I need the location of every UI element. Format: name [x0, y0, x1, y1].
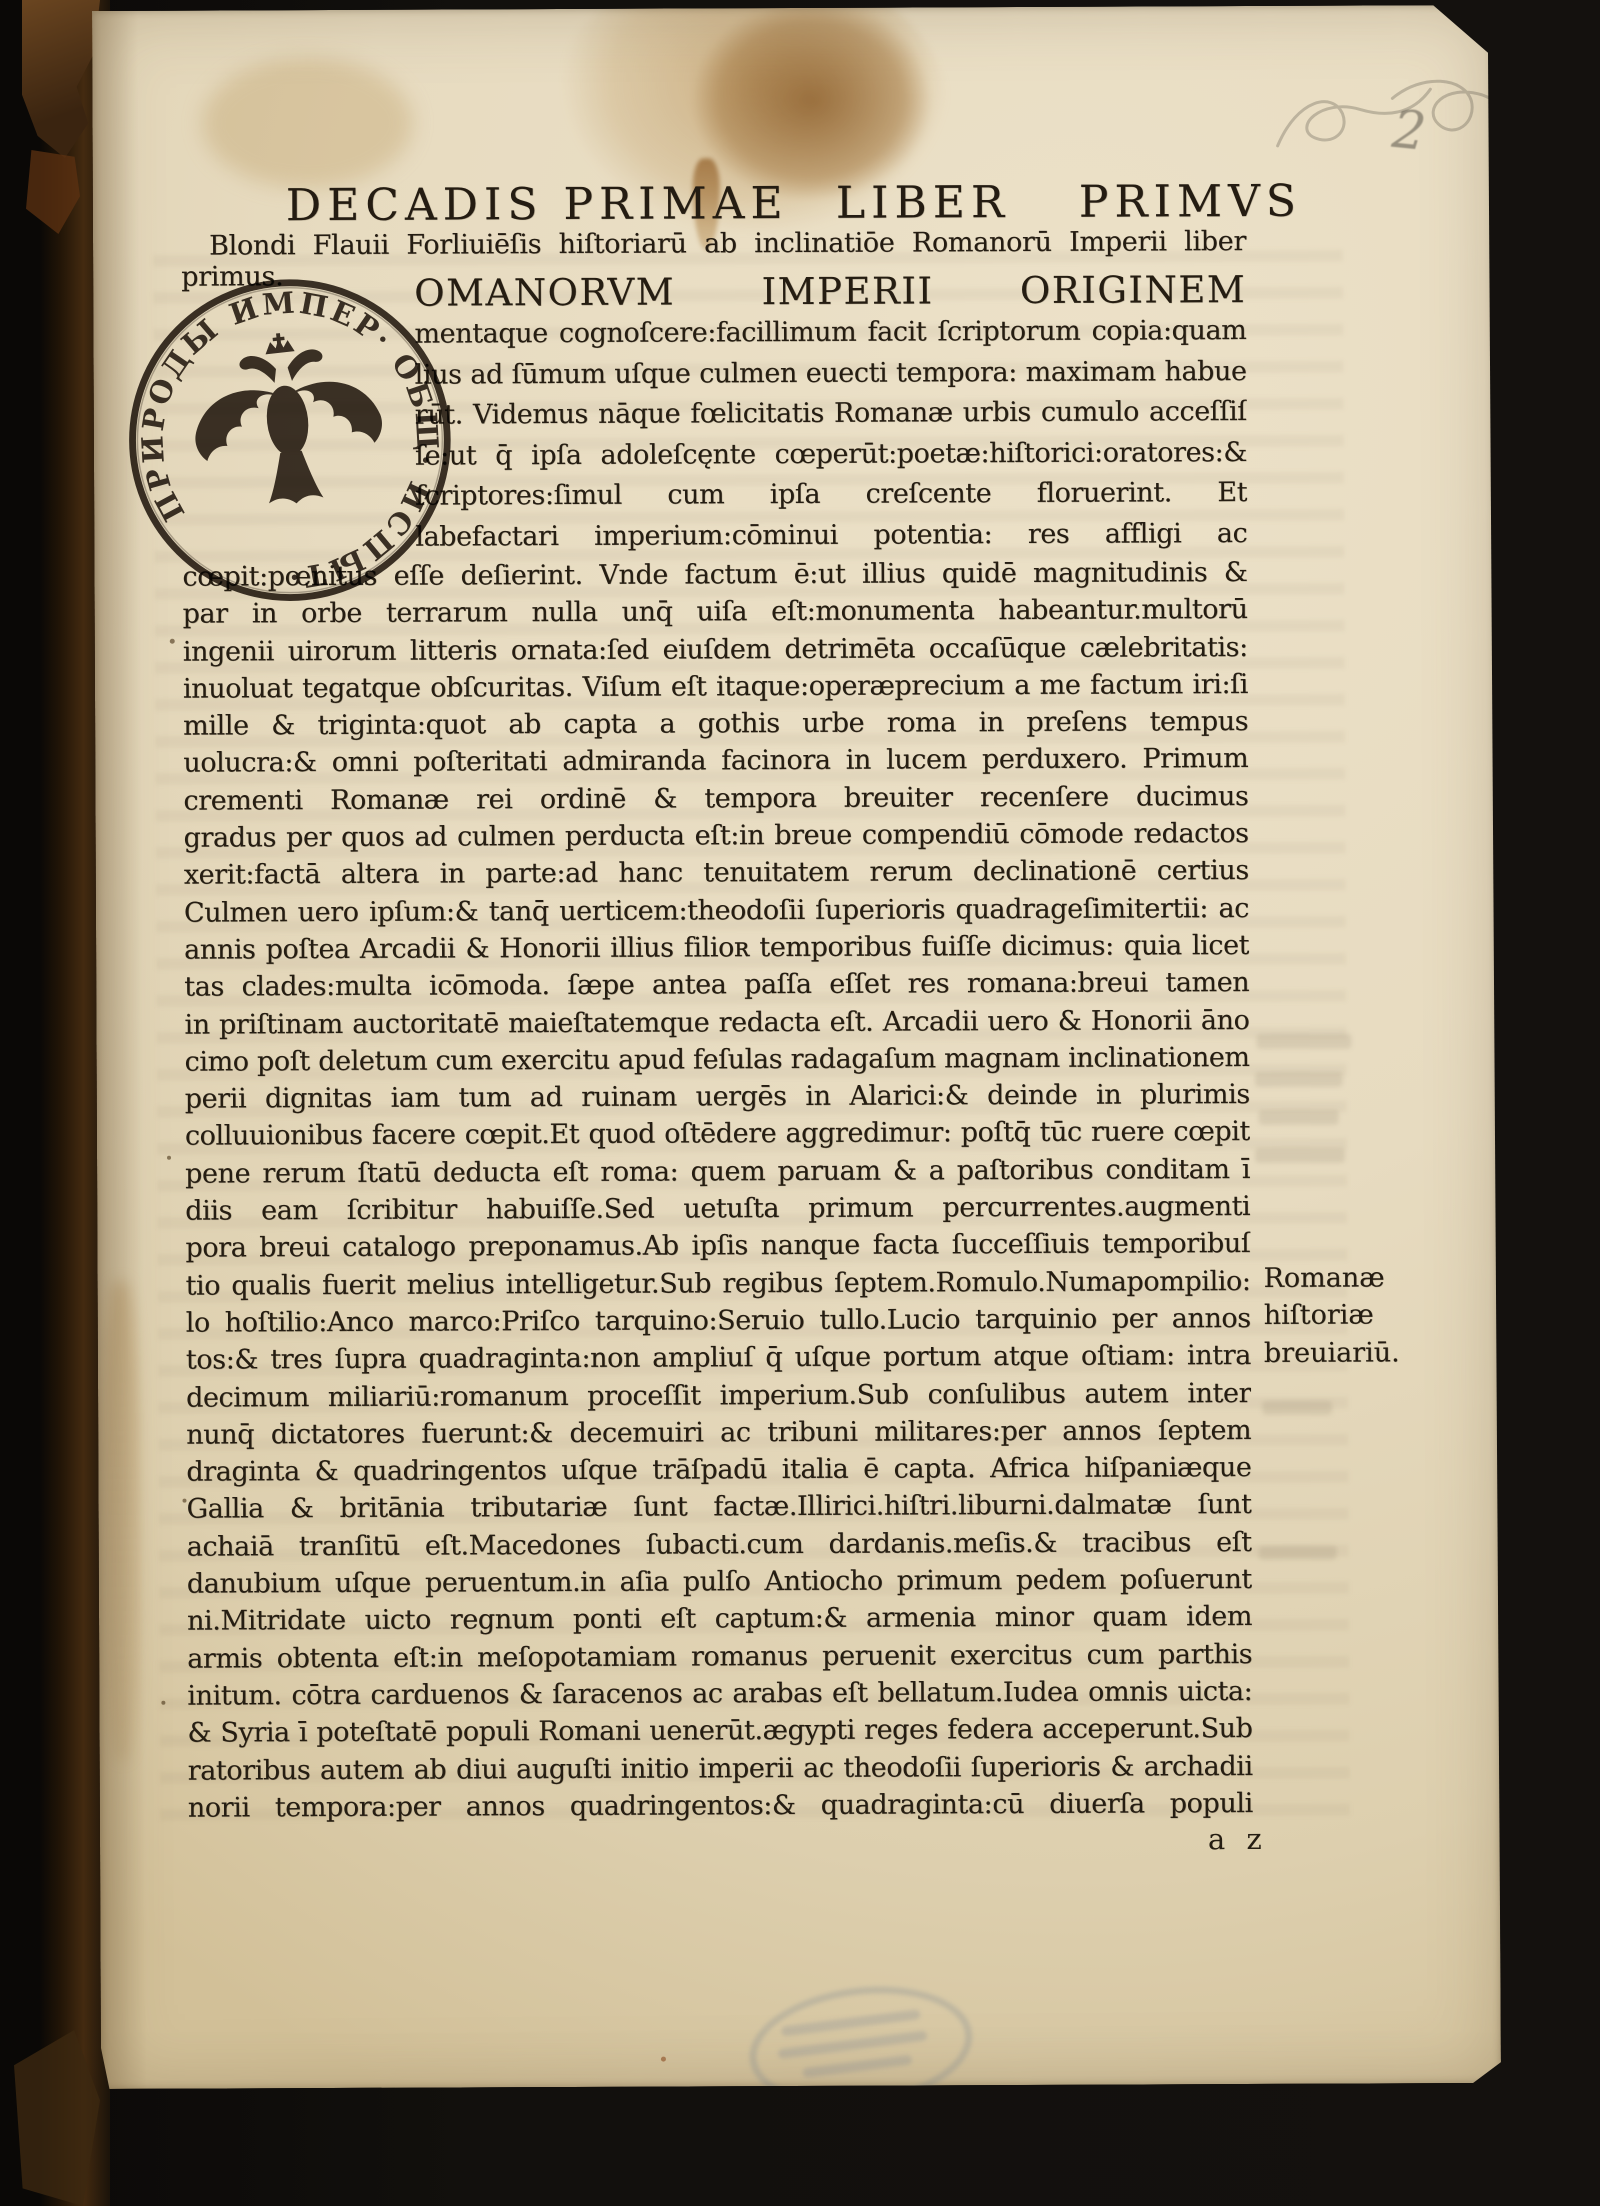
bleedthrough-mark — [1259, 1110, 1339, 1125]
text-line: rūt. Videmus nāque fœlicitatis Romanæ ur… — [415, 392, 1247, 436]
library-stamp: ПРИРОДЫ ИМПЕР· ОБЩ· ИСПЫТ· — [117, 265, 463, 614]
margin-note-line: breuiariū. — [1264, 1334, 1414, 1372]
binding-damage — [22, 0, 100, 158]
text-line: danubium uſque peruentum.in aſia pulſo A… — [187, 1561, 1252, 1603]
text-line: gradus per quos ad culmen perducta eſt:i… — [184, 815, 1249, 857]
text-line: uolucra:& omni poſteritati admiranda fac… — [183, 741, 1248, 783]
text-line: decimum miliariū:romanum proceſſit imper… — [186, 1375, 1251, 1417]
text-line: achaiā tranſitū eſt.Macedones ſubacti.cu… — [187, 1524, 1252, 1566]
margin-note-line: Romanæ — [1263, 1259, 1413, 1297]
text-line: armis obtenta eſt:in meſopotamiam romanu… — [187, 1636, 1252, 1678]
bleedthrough-mark — [1255, 1072, 1343, 1087]
binding-damage — [14, 2030, 100, 2206]
text-line: OMANORVM IMPERII ORIGINEM INCRE — [414, 268, 1246, 315]
text-line: Gallia & britānia tributariæ ſunt factæ.… — [186, 1486, 1251, 1528]
text-line: crementi Romanæ rei ordinē & tempora bre… — [183, 778, 1248, 820]
text-line: ni.Mitridate uicto regnum ponti eſt capt… — [187, 1598, 1252, 1640]
text-line: lius ad ſūmum uſque culmen euecti tempor… — [415, 352, 1247, 396]
text-line: cimo poſt deletum cum exercitu apud feſu… — [185, 1039, 1250, 1081]
text-line: norii tempora:per annos quadringentos:& … — [188, 1785, 1253, 1827]
binding-damage — [26, 150, 80, 234]
text-line: labefactari imperium:cōminui potentia: r… — [415, 514, 1247, 558]
text-line: tas clades:multa icōmoda. ſæpe antea paſ… — [184, 964, 1249, 1006]
foxing-streak — [102, 1281, 142, 1761]
photo-background: DECADIS PRIMAE LIBER PRIMVS Blondi Flaui… — [0, 0, 1600, 2206]
text-line: inuoluat tegatque obſcuritas. Viſum eſt … — [183, 666, 1248, 708]
bleedthrough-mark — [1262, 1401, 1332, 1415]
text-line: perii dignitas iam tum ad ruinam uergēs … — [185, 1076, 1250, 1118]
text-line: annis poſtea Arcadii & Honorii illius fi… — [184, 927, 1249, 969]
text-line: tio qualis fuerit melius intelligetur.Su… — [185, 1263, 1250, 1305]
pencil-scribble — [1252, 53, 1553, 204]
bleedthrough-mark — [1259, 1546, 1337, 1560]
text-line: diis eam ſcribitur habuiſſe.Sed uetuſta … — [185, 1188, 1250, 1230]
text-line: ſcriptores:ſimul cum ipſa creſcente flor… — [415, 473, 1247, 517]
text-line: in priſtinam auctoritatē maieſtatemque r… — [184, 1002, 1249, 1044]
margin-note-line: hiſtoriæ — [1264, 1297, 1414, 1335]
text-line: xerit:factā altera in parte:ad hanc tenu… — [184, 852, 1249, 894]
bleedthrough-oval-stamp — [742, 1974, 979, 2119]
text-line: ſe:ut q̄ ipſa adoleſcęnte cœperūt:poetæ:… — [415, 433, 1247, 477]
running-title-left: DECADIS PRIMAE — [286, 178, 789, 231]
text-line: Culmen uero ipſum:& tanq̄ uerticem:theod… — [184, 890, 1249, 932]
ink-speck — [167, 1156, 171, 1160]
ink-speck — [661, 2057, 666, 2062]
ink-speck — [161, 1701, 165, 1705]
text-line: mille & triginta:quot ab capta a gothis … — [183, 703, 1248, 745]
text-line: colluuionibus facere cœpit.Et quod oſtēd… — [185, 1113, 1250, 1155]
running-title-center: LIBER — [836, 177, 1010, 229]
text-line: ingenii uirorum litteris ornata:ſed eiuſ… — [183, 629, 1248, 671]
text-line: nunq̄ dictatores fuerunt:& decemuiri ac … — [186, 1412, 1251, 1454]
text-line: lo hoſtilio:Anco marco:Priſco tarquino:S… — [186, 1300, 1251, 1342]
text-line: ratoribus autem ab diui auguſti initio i… — [188, 1748, 1253, 1790]
double-headed-eagle-icon — [185, 323, 390, 513]
signature-mark: a z — [1208, 1822, 1268, 1856]
book-page: DECADIS PRIMAE LIBER PRIMVS Blondi Flaui… — [92, 5, 1501, 2089]
text-line: initum. cōtra carduenos & ſaracenos ac a… — [187, 1673, 1252, 1715]
stain-blotch — [202, 58, 413, 189]
bleedthrough-mark — [1256, 1034, 1351, 1049]
text-line: draginta & quadringentos uſque trāſpadū … — [186, 1449, 1251, 1491]
text-line: mentaque cognoſcere:facillimum facit ſcr… — [414, 311, 1246, 355]
text-line: & Syria ī poteſtatē populi Romani uenerū… — [187, 1710, 1252, 1752]
text-line: tos:& tres ſupra quadraginta:non ampliuſ… — [186, 1337, 1251, 1379]
text-line: pene rerum ſtatū deducta eſt roma: quem … — [185, 1151, 1250, 1193]
bleedthrough-mark — [1255, 1148, 1345, 1163]
ink-speck — [170, 639, 175, 644]
text-line: pora breui catalogo preponamus.Ab ipſis … — [185, 1225, 1250, 1267]
margin-notes: Romanæhiſtoriæbreuiariū. — [1263, 1259, 1413, 1372]
